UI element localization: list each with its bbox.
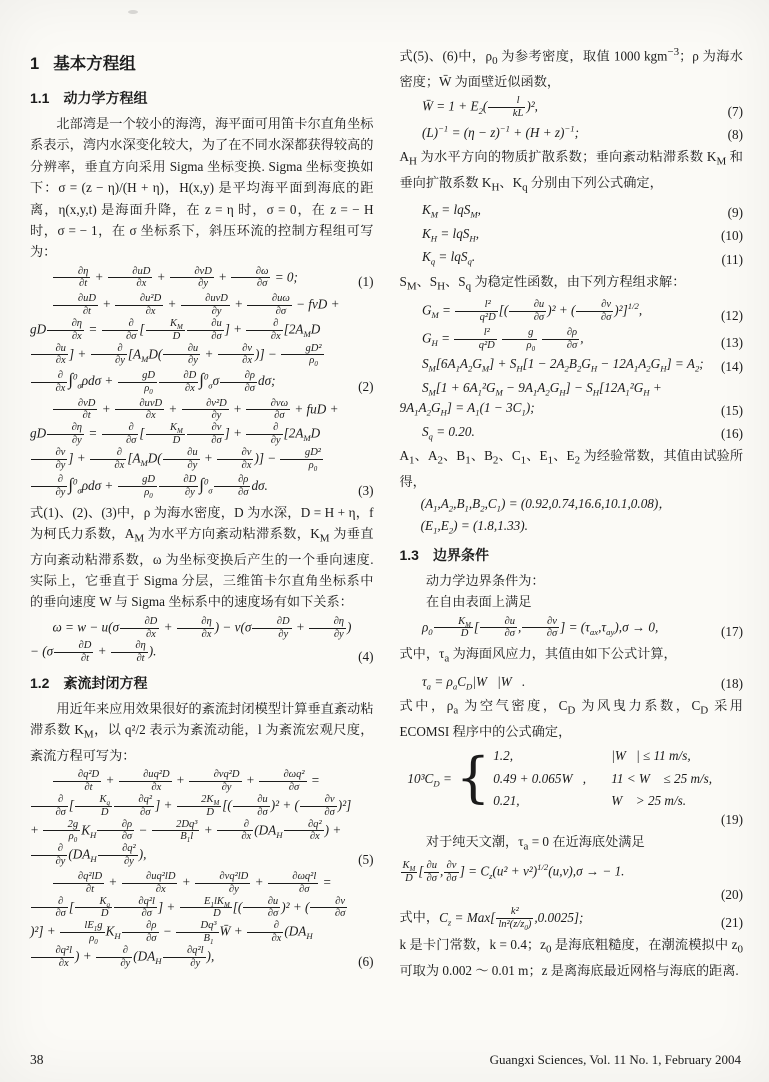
equation-5: ∂q²D∂t + ∂uq²D∂x + ∂vq²D∂y + ∂ωq²∂σ = ∂∂…	[30, 769, 374, 868]
equation-11-body: Kq = lqSq.	[400, 247, 716, 267]
equation-14: SM[6A1A2GM] + SH[1 − 2A2B2GH − 12A1A2GH]…	[400, 354, 744, 374]
equation-14-body: SM[6A1A2GM] + SH[1 − 2A2B2GH − 12A1A2GH]…	[400, 354, 716, 374]
equation-3-body: ∂vD∂t + ∂uvD∂x + ∂v²D∂y + ∂vω∂σ + fuD + …	[30, 398, 352, 499]
case-1-value: 1.2,	[493, 746, 611, 766]
equation-11-number: (11)	[722, 252, 743, 268]
equation-20: KMD[∂u∂σ,∂v∂σ] = Cz(u² + v²)1/2(u,v),σ →…	[400, 860, 744, 885]
equation-16-body: Sq = 0.20.	[400, 422, 716, 442]
case-2-value: 0.49 + 0.065W⃗,	[493, 769, 611, 789]
footer-page-number: 38	[30, 1052, 44, 1068]
empirical-values-line-1: (A1,A2,B1,B2,C1) = (0.92,0.74,16.6,10.1,…	[400, 493, 744, 514]
equation-12: GM = l²q²D[(∂u∂σ)² + (∂v∂σ)²]1/2, (12)	[400, 299, 744, 324]
equation-13-body: GH = l²q²D gρ0 ∂ρ∂σ,	[400, 327, 716, 352]
equation-1-body: ∂η∂t + ∂uD∂x + ∂vD∂y + ∂ω∂σ = 0;	[30, 266, 352, 291]
scan-artifact	[128, 10, 138, 14]
equation-4: ω = w − u(σ∂D∂x + ∂η∂x) − v(σ∂D∂y + ∂η∂y…	[30, 616, 374, 665]
equation-7-number: (7)	[728, 104, 743, 120]
section-number: 1	[30, 55, 39, 73]
equation-5-number: (5)	[358, 852, 373, 868]
equation-12-number: (12)	[721, 308, 743, 324]
case-row-2: 0.49 + 0.065W⃗, 11 < W⃗ ≤ 25 m/s,	[493, 769, 743, 789]
case-1-condition: |W⃗| ≤ 11 m/s,	[611, 746, 690, 766]
section-title: 基本方程组	[53, 55, 136, 73]
equation-21-prefix: 式中，	[400, 910, 440, 925]
equation-21-math: Cz = Max[k²ln²(z/z0),0.0025];	[439, 910, 583, 925]
section-1-heading: 1基本方程组	[30, 50, 374, 74]
equation-5-body: ∂q²D∂t + ∂uq²D∂x + ∂vq²D∂y + ∂ωq²∂σ = ∂∂…	[30, 769, 352, 868]
cases-brace: {	[456, 754, 490, 803]
equation-8-number: (8)	[728, 127, 743, 143]
section-1-1-heading: 1.1动力学方程组	[30, 88, 374, 108]
paragraph-eq123-notation: 式(1)、(2)、(3)中，ρ 为海水密度，D 为水深，D = H + η，f …	[30, 502, 374, 613]
equation-19: 10³CD = { 1.2, |W⃗| ≤ 11 m/s, 0.49 + 0.0…	[400, 746, 744, 811]
paragraph-boundary-conditions: 动力学边界条件为：	[400, 570, 744, 591]
equation-2-number: (2)	[358, 379, 373, 395]
equation-20-number: (20)	[400, 887, 744, 903]
case-3-value: 0.21,	[493, 791, 611, 811]
case-row-3: 0.21, W⃗ > 25 m/s.	[493, 791, 743, 811]
equation-15: SM[1 + 6A1²GM − 9A1A2GH] − SH[12A1²GH + …	[400, 378, 744, 419]
equation-13: GH = l²q²D gρ0 ∂ρ∂σ, (13)	[400, 327, 744, 352]
empirical-values-line-2: (E1,E2) = (1.8,1.33).	[400, 515, 744, 536]
equation-6-body: ∂q²lD∂t + ∂uq²lD∂x + ∂vq²lD∂y + ∂ωq²l∂σ …	[30, 871, 352, 970]
equation-9-body: KM = lqSM,	[400, 200, 722, 220]
equation-3-number: (3)	[358, 483, 373, 499]
equation-10-number: (10)	[721, 228, 743, 244]
case-3-condition: W⃗ > 25 m/s.	[611, 791, 686, 811]
equation-1: ∂η∂t + ∂uD∂x + ∂vD∂y + ∂ω∂σ = 0; (1)	[30, 266, 374, 291]
paragraph-wind-stress: 式中，τa 为海面风应力，其值由如下公式计算，	[400, 643, 744, 668]
paragraph-drag-coefficient: 式中，ρa 为空气密度，CD 为风曳力系数，CD 采用 ECOMSI 程序中的公…	[400, 695, 744, 742]
equation-4-body: ω = w − u(σ∂D∂x + ∂η∂x) − v(σ∂D∂y + ∂η∂y…	[30, 616, 352, 665]
section-1-2-heading: 1.2紊流封闭方程	[30, 673, 374, 693]
equation-8-body: (L)−1 = (η − z)−1 + (H + z)−1;	[400, 123, 722, 143]
equation-15-number: (15)	[721, 403, 743, 419]
page-footer: 38 Guangxi Sciences, Vol. 11 No. 1, Febr…	[30, 1052, 741, 1068]
paragraph-astronomical-tide: 对于纯天文潮，τa = 0 在近海底处满足	[400, 831, 744, 856]
paragraph-diffusion-coefficients: AH 为水平方向的物质扩散系数；垂向紊动粘滞系数 KM 和垂向扩散系数 KH、K…	[400, 146, 744, 197]
equation-19-number: (19)	[400, 812, 744, 828]
subsection-number: 1.2	[30, 675, 49, 691]
paragraph-turbulence-intro: 用近年来应用效果很好的紊流封闭模型计算垂直紊动粘滞系数 KM，以 q²/2 表示…	[30, 698, 374, 766]
subsection-title: 动力学方程组	[63, 90, 147, 106]
equation-10: KH = lqSH, (10)	[400, 224, 744, 244]
paragraph-stability-functions: SM、SH、Sq 为稳定性函数，由下列方程组求解：	[400, 271, 744, 296]
section-1-3-heading: 1.3边界条件	[400, 545, 744, 565]
equation-20-body: KMD[∂u∂σ,∂v∂σ] = Cz(u² + v²)1/2(u,v),σ →…	[400, 860, 744, 885]
equation-4-number: (4)	[358, 649, 373, 665]
subsection-title: 紊流封闭方程	[63, 675, 147, 691]
equation-16-number: (16)	[721, 426, 743, 442]
equation-15-body: SM[1 + 6A1²GM − 9A1A2GH] − SH[12A1²GH + …	[400, 378, 716, 419]
subsection-number: 1.3	[400, 547, 419, 563]
equation-6: ∂q²lD∂t + ∂uq²lD∂x + ∂vq²lD∂y + ∂ωq²l∂σ …	[30, 871, 374, 970]
equation-2-body: ∂uD∂t + ∂u²D∂x + ∂uvD∂y + ∂uω∂σ − fvD + …	[30, 293, 352, 394]
paragraph-karman-roughness: k 是卡门常数，k = 0.4；z0 是海底粗糙度，在潮流模拟中 z0 可取为 …	[400, 934, 744, 981]
case-row-1: 1.2, |W⃗| ≤ 11 m/s,	[493, 746, 743, 766]
equation-21: 式中，Cz = Max[k²ln²(z/z0),0.0025]; (21)	[400, 906, 744, 931]
paragraph-empirical-constants: A1、A2、B1、B2、C1、E1、E2 为经验常数，其值由试验所得，	[400, 445, 744, 492]
equation-18-number: (18)	[721, 676, 743, 692]
left-column: 1基本方程组 1.1动力学方程组 北部湾是一个较小的海湾，海平面可用笛卡尔直角坐…	[30, 44, 374, 981]
subsection-title: 边界条件	[433, 547, 489, 563]
case-2-condition: 11 < W⃗ ≤ 25 m/s,	[611, 769, 712, 789]
equation-16: Sq = 0.20. (16)	[400, 422, 744, 442]
equation-19-cases: 1.2, |W⃗| ≤ 11 m/s, 0.49 + 0.065W⃗, 11 <…	[493, 746, 743, 811]
equation-12-body: GM = l²q²D[(∂u∂σ)² + (∂v∂σ)²]1/2,	[400, 299, 716, 324]
equation-17-body: ρ0KMD[∂u∂σ,∂v∂σ] = (τax,τay),σ → 0,	[400, 616, 716, 641]
two-column-layout: 1基本方程组 1.1动力学方程组 北部湾是一个较小的海湾，海平面可用笛卡尔直角坐…	[30, 44, 743, 981]
equation-17-number: (17)	[721, 624, 743, 640]
right-column: 式(5)、(6)中，ρ0 为参考密度，取值 1000 kgm−3；ρ 为海水密度…	[400, 44, 744, 981]
paragraph-free-surface: 在自由表面上满足	[400, 591, 744, 612]
equation-10-body: KH = lqSH,	[400, 224, 716, 244]
footer-journal-line: Guangxi Sciences, Vol. 11 No. 1, Februar…	[490, 1052, 741, 1068]
equation-7-body: W̄ = 1 + E2(lkL)²,	[400, 95, 722, 120]
equation-17: ρ0KMD[∂u∂σ,∂v∂σ] = (τax,τay),σ → 0, (17)	[400, 616, 744, 641]
equation-21-number: (21)	[721, 915, 743, 931]
equation-21-body: 式中，Cz = Max[k²ln²(z/z0),0.0025];	[400, 906, 716, 931]
equation-14-number: (14)	[721, 359, 743, 375]
equation-9: KM = lqSM, (9)	[400, 200, 744, 220]
equation-3: ∂vD∂t + ∂uvD∂x + ∂v²D∂y + ∂vω∂σ + fuD + …	[30, 398, 374, 499]
equation-7: W̄ = 1 + E2(lkL)², (7)	[400, 95, 744, 120]
journal-page: 1基本方程组 1.1动力学方程组 北部湾是一个较小的海湾，海平面可用笛卡尔直角坐…	[0, 0, 769, 1082]
equation-18: τa = ρaCD|W⃗|W⃗. (18)	[400, 672, 744, 692]
paragraph-sigma-intro: 北部湾是一个较小的海湾，海平面可用笛卡尔直角坐标系表示，湾内水深变化较大，为了在…	[30, 113, 374, 263]
subsection-number: 1.1	[30, 90, 49, 106]
equation-6-number: (6)	[358, 954, 373, 970]
paragraph-eq56-notation: 式(5)、(6)中，ρ0 为参考密度，取值 1000 kgm−3；ρ 为海水密度…	[400, 44, 744, 92]
equation-13-number: (13)	[721, 335, 743, 351]
equation-18-body: τa = ρaCD|W⃗|W⃗.	[400, 672, 716, 692]
equation-19-lhs: 10³CD =	[407, 771, 451, 787]
equation-2: ∂uD∂t + ∂u²D∂x + ∂uvD∂y + ∂uω∂σ − fvD + …	[30, 293, 374, 394]
equation-9-number: (9)	[728, 205, 743, 221]
equation-1-number: (1)	[358, 274, 373, 290]
equation-8: (L)−1 = (η − z)−1 + (H + z)−1; (8)	[400, 123, 744, 143]
equation-11: Kq = lqSq. (11)	[400, 247, 744, 267]
